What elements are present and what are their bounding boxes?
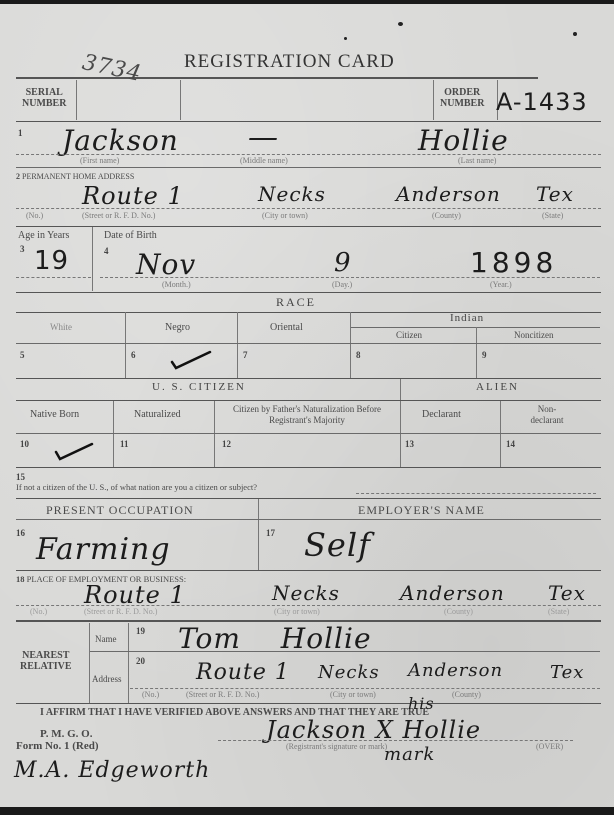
divider [16,703,601,704]
address-caption: (City or town) [330,690,376,699]
field-number: 16 [16,528,25,538]
middle-name-caption: (Middle name) [240,156,288,165]
address-caption: (No.) [142,690,159,699]
divider [113,401,114,467]
serial-number-value: 3734 [80,50,144,87]
ink-speck [344,37,347,40]
field-number: 18 [16,574,25,584]
signature-caption: (Registrant's signature or mark) [286,742,387,751]
divider [92,227,93,291]
field-number: 9 [482,350,487,360]
relative-city-value: Necks [318,662,380,683]
ink-speck [398,22,403,26]
registration-card: REGISTRATION CARD SERIAL NUMBER 3734 ORD… [0,4,614,807]
field-number: 5 [20,350,25,360]
relative-label-line2: RELATIVE [20,661,72,672]
address-caption: (County) [444,607,473,616]
address-caption: (State) [548,607,569,616]
field-number: 8 [356,350,361,360]
divider [350,312,351,378]
signature-line [218,740,573,741]
race-indian-citizen-label: Citizen [396,330,422,340]
divider [500,401,501,467]
divider [125,312,126,378]
home-address-label: 2 PERMANENT HOME ADDRESS [16,172,134,181]
address-caption: (No.) [26,211,43,220]
serial-label-line1: SERIAL [22,87,66,98]
birth-day-value: 9 [334,248,352,278]
occupation-label: PRESENT OCCUPATION [46,503,194,518]
relative-name-label: Name [95,634,117,644]
age-value: 19 [34,246,69,276]
divider [258,499,259,571]
form-number-label: Form No. 1 (Red) [16,740,98,752]
relative-address-label: Address [92,674,122,684]
divider [16,467,601,468]
checkmark-icon [52,440,96,462]
field-number: 10 [20,439,29,449]
employment-state-value: Tex [548,581,586,605]
birth-year-value: 1898 [470,246,557,279]
divider [180,80,181,120]
divider [16,378,601,379]
field-number: 14 [506,439,515,449]
divider [16,154,601,155]
checkmark-icon [168,348,214,372]
employer-value: Self [304,526,371,564]
order-number-value: A-1433 [496,88,588,116]
non-declarant-label: Non-declarant [522,404,572,426]
last-name-value: Hollie [418,124,509,157]
divider [214,401,215,467]
relative-name-value: Tom Hollie [178,622,372,655]
divider [237,312,238,378]
divider [16,277,91,278]
divider [130,688,600,689]
registrar-signature: M.A. Edgeworth [14,758,210,783]
field-number: 15 [16,472,25,482]
nearest-relative-label: NEAREST RELATIVE [20,650,72,672]
first-name-value: Jackson [62,124,179,157]
field-number: 4 [104,246,109,256]
race-indian-noncitizen-label: Noncitizen [514,330,554,340]
race-negro-label: Negro [165,322,190,333]
naturalized-label: Naturalized [134,409,181,420]
relative-state-value: Tex [550,662,584,683]
address-caption: (No.) [30,607,47,616]
nation-question: If not a citizen of the U. S., of what n… [16,482,257,492]
divider [400,379,401,467]
divider [16,343,601,344]
relative-street-value: Route 1 [196,660,290,685]
address-caption: (Street or R. F. D. No.) [186,690,259,699]
ink-speck [573,32,577,36]
divider [16,570,601,571]
relative-label-line1: NEAREST [20,650,72,661]
divider [16,167,601,168]
divider [89,623,90,703]
divider [16,226,601,227]
month-caption: (Month.) [162,280,191,289]
home-city-value: Necks [258,182,326,206]
first-name-caption: (First name) [80,156,119,165]
field-number: 19 [136,626,145,636]
divider [16,433,601,434]
address-caption: (County) [432,211,461,220]
divider [350,327,600,328]
divider [16,519,601,520]
order-number-label: ORDER NUMBER [440,87,484,109]
divider [16,605,601,606]
address-caption: (State) [542,211,563,220]
field-number: 3 [20,244,25,254]
field-number: 20 [136,656,145,666]
divider [476,327,477,378]
divider [76,80,77,120]
serial-number-label: SERIAL NUMBER [22,87,66,109]
home-state-value: Tex [536,182,574,206]
order-label-line2: NUMBER [440,98,484,109]
agency-label: P. M. G. O. [40,728,92,740]
address-caption: (Street or R. F. D. No.) [84,607,157,616]
employment-county-value: Anderson [400,581,505,605]
divider [16,498,601,499]
last-name-caption: (Last name) [458,156,496,165]
field-number: 7 [243,350,248,360]
native-born-label: Native Born [30,409,79,420]
declarant-label: Declarant [422,409,461,420]
indian-heading: Indian [450,312,484,324]
address-caption: (City or town) [274,607,320,616]
divider [16,400,601,401]
divider [100,277,600,278]
serial-label-line2: NUMBER [22,98,66,109]
signature-above-mark: his [408,694,435,713]
father-naturalization-label: Citizen by Father's Naturalization Befor… [226,404,388,426]
signature-mark-word: mark [384,744,435,765]
field-number: 12 [222,439,231,449]
employment-city-value: Necks [272,581,340,605]
middle-name-value: — [248,120,279,155]
divider [16,121,601,122]
employer-label: EMPLOYER'S NAME [358,503,485,518]
race-heading: RACE [276,295,316,310]
home-street-value: Route 1 [82,182,184,210]
alien-heading: ALIEN [476,381,519,393]
relative-county-value: Anderson [408,660,503,681]
over-caption: (OVER) [536,742,563,751]
race-oriental-label: Oriental [270,322,303,333]
field-number: 13 [405,439,414,449]
field-number: 1 [18,128,23,138]
field-number: 2 [16,172,20,181]
race-white-label: White [50,322,72,332]
divider [16,208,601,209]
divider [16,292,601,293]
nation-answer-line [356,493,596,494]
birth-date-label: Date of Birth [104,230,157,241]
home-address-label-text: PERMANENT HOME ADDRESS [22,172,134,181]
us-citizen-heading: U. S. CITIZEN [152,381,246,393]
field-number: 17 [266,528,275,538]
card-title: REGISTRATION CARD [184,51,395,73]
divider [433,80,434,120]
address-caption: (County) [452,690,481,699]
field-number: 6 [131,350,136,360]
address-caption: (Street or R. F. D. No.) [82,211,155,220]
home-county-value: Anderson [396,182,501,206]
divider [16,312,601,313]
field-number: 11 [120,439,129,449]
day-caption: (Day.) [332,280,352,289]
order-label-line1: ORDER [440,87,484,98]
divider [128,623,129,703]
year-caption: (Year.) [490,280,512,289]
occupation-value: Farming [36,532,171,567]
age-label: Age in Years [18,230,69,241]
address-caption: (City or town) [262,211,308,220]
